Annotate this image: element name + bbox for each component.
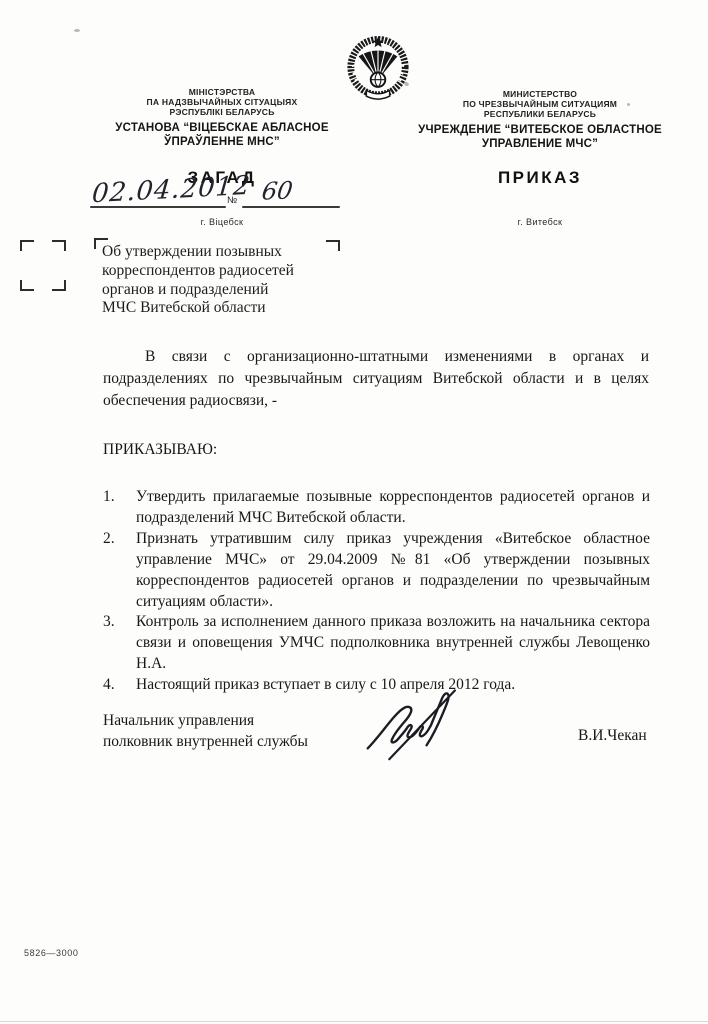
signer-position: Начальник управления полковник внутренне… <box>103 711 308 752</box>
subject-line: Об утверждении позывных <box>102 243 342 262</box>
number-sign: № <box>227 195 237 206</box>
handwritten-signature <box>356 684 485 766</box>
city-russian: г. Витебск <box>414 217 666 227</box>
crop-mark-bottom-left <box>20 280 34 291</box>
crop-mark-top-right <box>52 240 66 251</box>
order-items-list: 1. Утвердить прилагаемые позывные коррес… <box>103 487 650 696</box>
signer-position-line: Начальник управления <box>103 711 308 732</box>
date-underline <box>90 206 226 208</box>
letterhead-russian: МИНИСТЕРСТВО ПО ЧРЕЗВЫЧАЙНЫМ СИТУАЦИЯМ Р… <box>414 90 666 152</box>
item-text: Признать утратившим силу приказ учрежден… <box>136 529 650 613</box>
intro-paragraph: В связи с организационно-штатными измене… <box>103 346 649 411</box>
number-underline <box>242 206 340 208</box>
orders-keyword: ПРИКАЗЫВАЮ: <box>103 441 217 459</box>
scan-artifact <box>627 103 630 106</box>
order-subject: Об утверждении позывных корреспондентов … <box>102 243 342 318</box>
org-name-ru: УПРАВЛЕНИЕ МЧС” <box>414 138 666 152</box>
order-item: 2. Признать утратившим силу приказ учреж… <box>103 529 650 613</box>
order-item: 1. Утвердить прилагаемые позывные коррес… <box>103 487 650 529</box>
item-text: Утвердить прилагаемые позывные корреспон… <box>136 487 650 529</box>
letterhead-belarusian: МІНІСТЭРСТВА ПА НАДЗВЫЧАЙНЫХ СІТУАЦЫЯХ Р… <box>88 88 356 150</box>
item-number: 3. <box>103 612 136 675</box>
org-name-by: УСТАНОВА “ВІЦЕБСКАЕ АБЛАСНОЕ <box>88 122 356 136</box>
doc-type-russian: ПРИКАЗ <box>414 168 666 188</box>
ministry-line-by: РЭСПУБЛІКІ БЕЛАРУСЬ <box>88 108 356 118</box>
order-item: 3. Контроль за исполнением данного прика… <box>103 612 650 675</box>
org-name-by: ЎПРАЎЛЕННЕ МНС” <box>88 136 356 150</box>
crop-mark-bottom-right <box>52 280 66 291</box>
signer-name: В.И.Чекан <box>578 727 647 745</box>
org-name-ru: УЧРЕЖДЕНИЕ “ВИТЕБСКОЕ ОБЛАСТНОЕ <box>414 124 666 138</box>
subject-line: органов и подразделений <box>102 281 342 300</box>
city-belarusian: г. Віцебск <box>88 217 356 227</box>
item-number: 1. <box>103 487 136 529</box>
item-number: 2. <box>103 529 136 613</box>
ministry-line-ru: РЕСПУБЛИКИ БЕЛАРУСЬ <box>414 110 666 120</box>
subject-line: МЧС Витебской области <box>102 299 342 318</box>
subject-line: корреспондентов радиосетей <box>102 262 342 281</box>
scanned-order-document: МІНІСТЭРСТВА ПА НАДЗВЫЧАЙНЫХ СІТУАЦЫЯХ Р… <box>0 0 708 1024</box>
signer-position-line: полковник внутренней службы <box>103 732 308 753</box>
item-text: Контроль за исполнением данного приказа … <box>136 612 650 675</box>
crop-mark-top-left <box>20 240 34 251</box>
print-order-code: 5826—3000 <box>24 948 78 958</box>
item-number: 4. <box>103 675 136 696</box>
handwritten-order-number: 60 <box>260 176 294 205</box>
scan-artifact <box>74 29 80 32</box>
